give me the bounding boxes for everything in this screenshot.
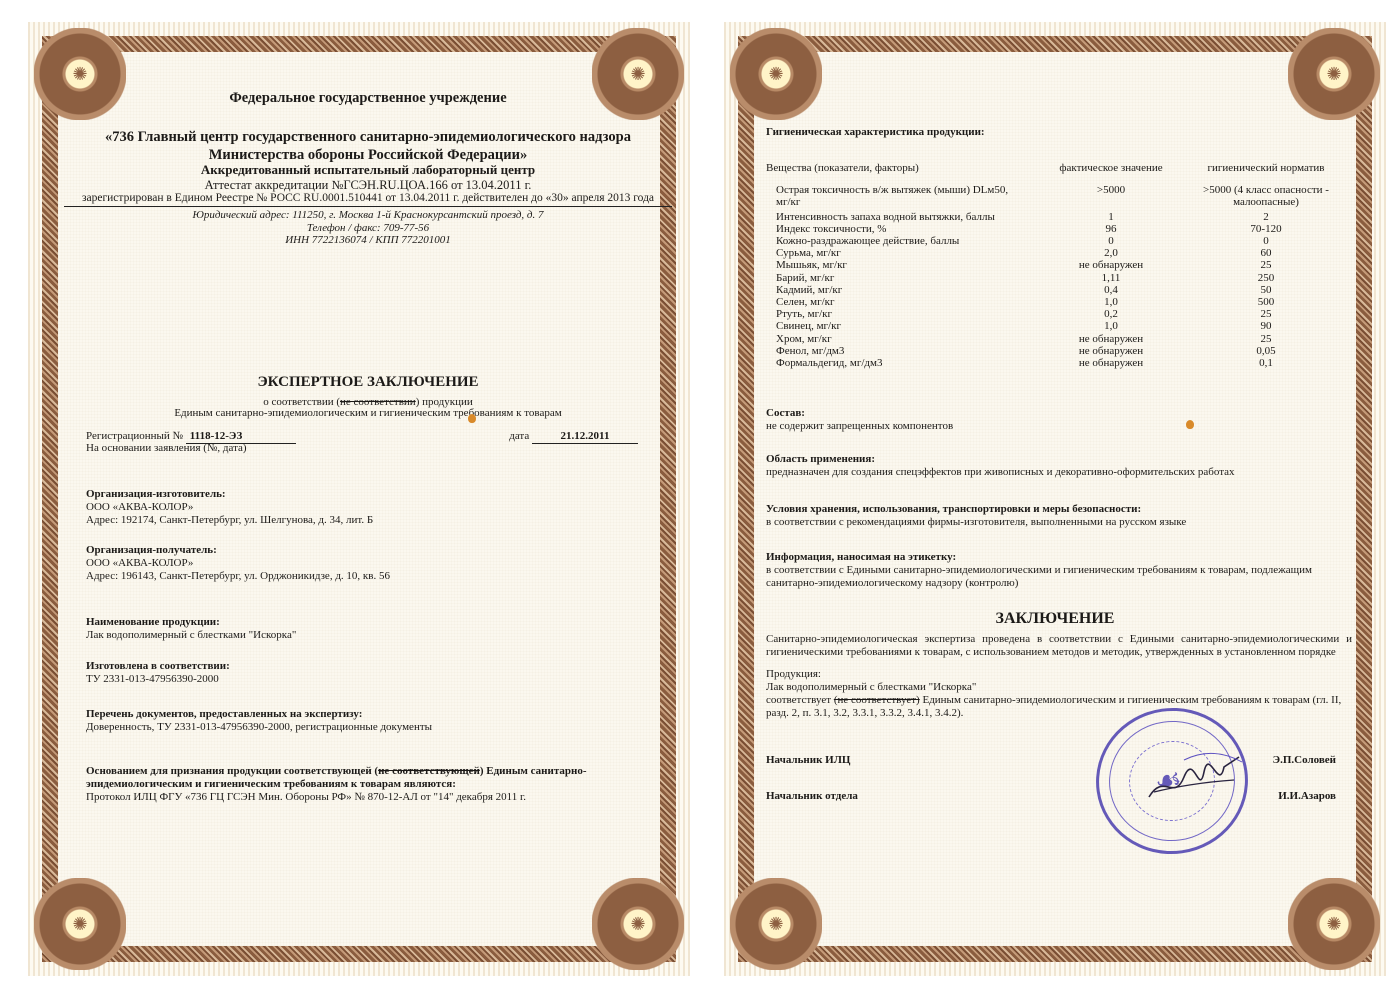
table-row: Кадмий, мг/кг0,450 (766, 284, 1344, 296)
hygiene-table: Вещества (показатели, факторы) фактическ… (766, 162, 1344, 369)
table-row: Свинец, мг/кг1,090 (766, 320, 1344, 332)
registration-date: дата 21.12.2011 (509, 430, 638, 444)
signature-role-head-dept: Начальник отдела (766, 790, 858, 803)
table-row: Барий, мг/кг1,11250 (766, 272, 1344, 284)
organization-name: «736 Главный центр государственного сани… (86, 128, 650, 164)
section-composition: Состав: не содержит запрещенных компонен… (766, 407, 1344, 433)
table-row: Мышьяк, мг/кгне обнаружен25 (766, 259, 1344, 271)
lab-name: Аккредитованный испытательный лабораторн… (86, 163, 650, 176)
header-divider (64, 206, 672, 207)
conclusion-text: Санитарно-эпидемиологическая экспертиза … (766, 633, 1352, 659)
section-basis: Основанием для признания продукции соотв… (86, 765, 650, 804)
section-storage: Условия хранения, использования, транспо… (766, 503, 1344, 529)
corner-ornament-icon: ✺ (1288, 878, 1380, 970)
section-application: Область применения: предназначен для соз… (766, 453, 1344, 479)
signature-name-head-dept: И.И.Азаров (1278, 790, 1336, 803)
table-row: Острая токсичность в/ж вытяжек (мыши) DL… (766, 184, 1344, 208)
corner-ornament-icon: ✺ (592, 28, 684, 120)
corner-ornament-icon: ✺ (1288, 28, 1380, 120)
corner-ornament-icon: ✺ (730, 28, 822, 120)
table-row: Интенсивность запаха водной вытяжки, бал… (766, 211, 1344, 223)
conclusion-title: ЗАКЛЮЧЕНИЕ (766, 612, 1344, 625)
section-recipient: Организация-получатель: ООО «АКВА-КОЛОР»… (86, 544, 650, 583)
section-product-name: Наименование продукции: Лак водополимерн… (86, 616, 650, 642)
contact-block: Юридический адрес: 111250, г. Москва 1-й… (86, 209, 650, 247)
table-row: Ртуть, мг/кг0,225 (766, 308, 1344, 320)
corner-ornament-icon: ✺ (592, 878, 684, 970)
section-documents: Перечень документов, предоставленных на … (86, 708, 650, 734)
table-row: Сурьма, мг/кг2,060 (766, 247, 1344, 259)
document-subtitle-line2: Единым санитарно-эпидемиологическим и ги… (86, 407, 650, 420)
table-row: Кожно-раздражающее действие, баллы00 (766, 235, 1344, 247)
corner-ornament-icon: ✺ (34, 28, 126, 120)
corner-ornament-icon: ✺ (730, 878, 822, 970)
registry-line: зарегистрирован в Едином Реестре № РОСС … (78, 192, 658, 205)
table-row: Фенол, мг/дм3не обнаружен0,05 (766, 345, 1344, 357)
table-row: Хром, мг/кгне обнаружен25 (766, 333, 1344, 345)
section-manufactured-per: Изготовлена в соответствии: ТУ 2331-013-… (86, 660, 650, 686)
table-row: Селен, мг/кг1,0500 (766, 296, 1344, 308)
accreditation-line: Аттестат аккредитации №ГСЭН.RU.ЦОА.166 о… (86, 179, 650, 192)
signature-name-head-lab: Э.П.Соловей (1273, 754, 1336, 767)
section-label-info: Информация, наносимая на этикетку: в соо… (766, 551, 1344, 590)
certificate-page-2: ✺ ✺ ✺ ✺ Гигиеническая характеристика про… (724, 22, 1386, 976)
corner-ornament-icon: ✺ (34, 878, 126, 970)
handwritten-signature (1144, 752, 1244, 812)
document-title: ЭКСПЕРТНОЕ ЗАКЛЮЧЕНИЕ (86, 376, 650, 389)
table-row: Индекс токсичности, %9670-120 (766, 223, 1344, 235)
certificate-page-1: ✺ ✺ ✺ ✺ Федеральное государственное учре… (28, 22, 690, 976)
hygiene-heading: Гигиеническая характеристика продукции: (766, 126, 985, 139)
signature-role-head-lab: Начальник ИЛЦ (766, 754, 850, 767)
ink-spot (468, 414, 476, 423)
institution-type: Федеральное государственное учреждение (86, 92, 650, 105)
table-header: Вещества (показатели, факторы) фактическ… (766, 162, 1344, 174)
section-manufacturer: Организация-изготовитель: ООО «АКВА-КОЛО… (86, 488, 650, 527)
conclusion-product: Продукция: Лак водополимерный с блесткам… (766, 668, 1352, 720)
table-row: Формальдегид, мг/дм3не обнаружен0,1 (766, 357, 1344, 369)
application-basis: На основании заявления (№, дата) (86, 442, 247, 455)
